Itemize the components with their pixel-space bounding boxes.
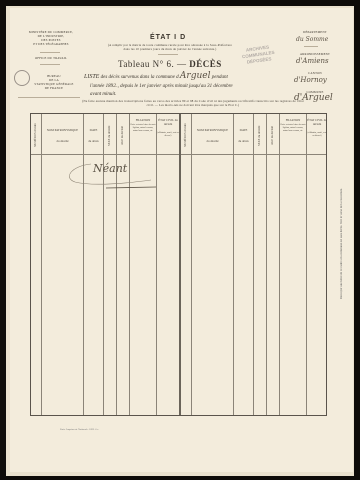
- column-rule: [306, 114, 307, 415]
- tableau-heading: Tableau N° 6. — DÉCÈS: [118, 59, 222, 69]
- col-header-filiation-2: FILIATIONÉcrire en toutes lettres les mo…: [280, 118, 306, 133]
- column-rule: [191, 114, 192, 415]
- col-sub: du décès: [84, 139, 103, 143]
- liste-prefix: LISTE: [84, 74, 99, 80]
- column-rule: [41, 114, 42, 415]
- col-label: ÉTAT CIVIL du décédé: [157, 118, 179, 126]
- document-page: MINISTÈRE DU COMMERCE, DE L'INDUSTRIE, D…: [10, 8, 353, 472]
- col-sub: Écrire en toutes lettres les mots légiti…: [130, 124, 156, 133]
- departement-label: DÉPARTEMENT: [290, 30, 340, 34]
- col-header-etat-civil-2: ÉTAT CIVIL du décédé(célibataire, marié,…: [307, 118, 327, 138]
- liste-paragraph: LISTE des décès survenus dans la commune…: [84, 72, 284, 99]
- col-header-numeros: NUMÉROS d'ordre: [33, 122, 37, 148]
- bureau-line: DE FRANCE: [30, 86, 78, 90]
- note-text: (Ne faire aucune mention des transcripti…: [82, 99, 304, 107]
- liste-text: ., depuis le 1er janvier après minuit ju…: [116, 84, 232, 89]
- tableau-number: N° 6.: [153, 59, 175, 69]
- tableau-type: DÉCÈS: [189, 59, 222, 69]
- col-header-age: AGE du décédé: [120, 124, 124, 148]
- col-sub: du décès: [234, 139, 253, 143]
- archives-stamp: ARCHIVES COMMUNALES DÉPOSÉES: [241, 44, 276, 66]
- office-label: OFFICE DU TRAVAIL: [22, 56, 80, 60]
- canton-label: CANTON: [290, 71, 340, 75]
- liste-text: des décès survenus dans la commune d: [101, 75, 179, 80]
- column-rule: [279, 114, 280, 415]
- col-header-filiation: FILIATIONÉcrire en toutes lettres les mo…: [130, 118, 156, 133]
- circular-stamp-icon: [14, 70, 30, 86]
- tableau-dash: —: [177, 59, 187, 69]
- col-sub: (célibataire, marié, veuf ou divorcé): [157, 132, 179, 138]
- printer-line: Paris. Imprimerie Nationale. 1893. 6 c.: [60, 428, 99, 431]
- commune-handwritten: Arguel: [180, 71, 211, 81]
- canton-value: d'Hornoy: [294, 76, 327, 84]
- etat-title: ÉTAT I D: [150, 34, 186, 41]
- ministry-line: ET DES TÉLÉGRAPHES: [22, 42, 80, 46]
- instruction-text: (A remplir par la mairie de toute commun…: [105, 43, 235, 51]
- column-rule: [179, 114, 181, 415]
- tableau-label: Tableau: [118, 59, 150, 69]
- col-header-nom: NOM PATRONYMIQUEdu décédé: [42, 128, 83, 143]
- divider: [158, 54, 178, 55]
- divider: [18, 97, 80, 98]
- liste-text: pendant: [212, 75, 228, 80]
- col-label: FILIATION: [130, 118, 156, 122]
- col-sub: (célibataire, marié, veuf ou divorcé): [307, 132, 327, 138]
- liste-text: l'année 189: [84, 84, 113, 89]
- col-sub: du décédé: [192, 139, 233, 143]
- col-label: DATE: [234, 128, 253, 132]
- departement-value: du Somme: [296, 36, 328, 43]
- divider: [40, 64, 60, 65]
- col-sub: Écrire en toutes lettres les mots légiti…: [280, 124, 306, 133]
- column-rule: [266, 114, 267, 415]
- col-header-date-2: DATEdu décès: [234, 128, 253, 143]
- column-rule: [253, 114, 254, 415]
- col-header-age-2: AGE du décédé: [270, 124, 274, 148]
- ministry-block: MINISTÈRE DU COMMERCE, DE L'INDUSTRIE, D…: [22, 30, 80, 46]
- col-label: ÉTAT CIVIL du décédé: [307, 118, 327, 126]
- arrondissement-value: d'Amiens: [296, 57, 329, 65]
- col-header-sexe: SEXE du décédé: [107, 124, 111, 148]
- col-header-etat-civil: ÉTAT CIVIL du décédé(célibataire, marié,…: [157, 118, 179, 138]
- col-label: NOM PATRONYMIQUE: [42, 128, 83, 132]
- col-header-nom-2: NOM PATRONYMIQUEdu décédé: [192, 128, 233, 143]
- side-note: Renvoyer une lettre de ce cadre si la co…: [339, 188, 343, 299]
- col-sub: du décédé: [42, 139, 83, 143]
- neant-handwritten: Néant: [93, 162, 127, 175]
- bureau-block: BUREAU DE LA STATISTIQUE GÉNÉRALE DE FRA…: [30, 74, 78, 90]
- divider: [40, 52, 60, 53]
- col-label: NOM PATRONYMIQUE: [192, 128, 233, 132]
- col-header-sexe-2: SEXE du décédé: [257, 124, 261, 148]
- deaths-table: NUMÉROS d'ordre NOM PATRONYMIQUEdu décéd…: [30, 113, 327, 416]
- col-label: FILIATION: [280, 118, 306, 122]
- column-rule: [233, 114, 234, 415]
- col-header-date: DATEdu décès: [84, 128, 103, 143]
- col-label: DATE: [84, 128, 103, 132]
- divider: [304, 46, 318, 47]
- col-header-numeros-2: NUMÉROS d'ordre: [183, 122, 187, 148]
- liste-text: avant minuit.: [84, 92, 116, 97]
- arrondissement-label: ARRONDISSEMENT: [288, 52, 342, 56]
- commune-value: d'Arguel: [294, 93, 333, 103]
